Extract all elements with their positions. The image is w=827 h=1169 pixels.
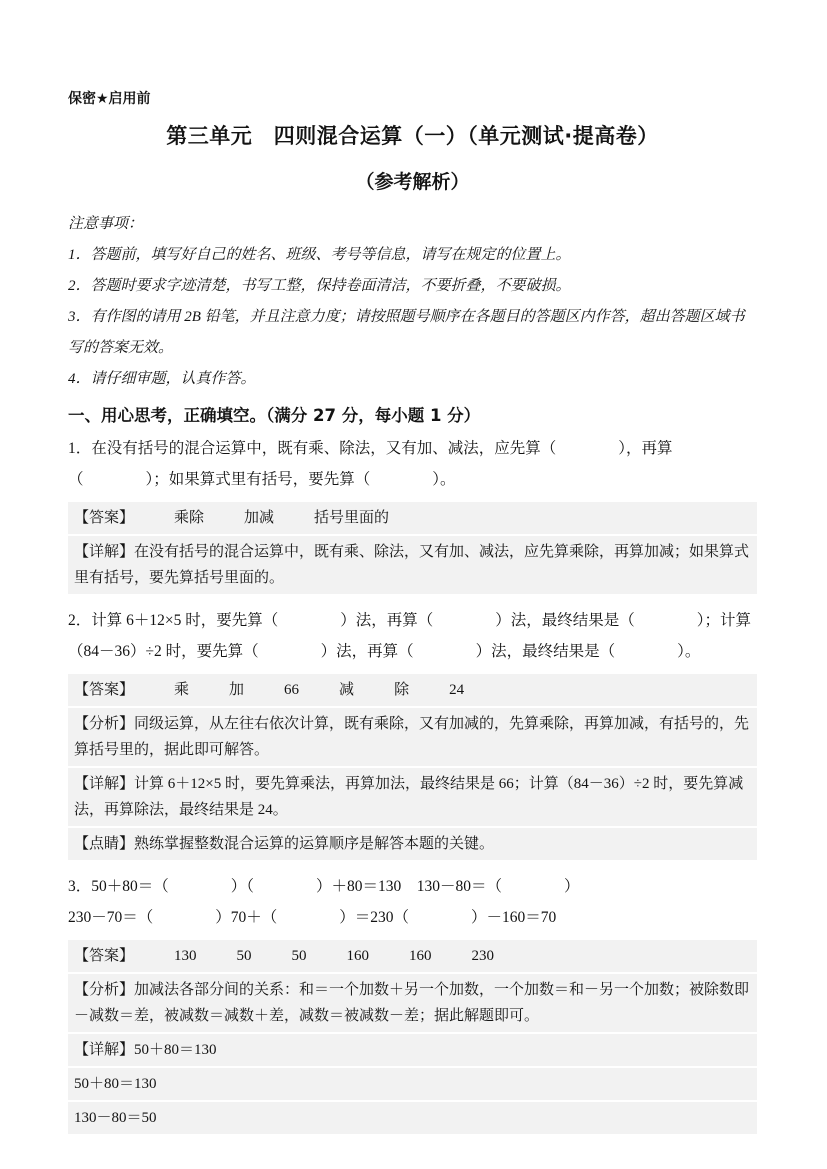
notice-item-2: 2．答题时要求字迹清楚，书写工整，保持卷面清洁，不要折叠，不要破损。 [68,271,757,302]
answer-value: 除 [394,677,409,703]
detail-text: 50＋80＝130 [134,1042,217,1058]
notice-item-3: 3．有作图的请用 2B 铅笔，并且注意力度；请按照题号顺序在各题目的答题区内作答… [68,302,757,364]
answer-label: 【答案】 [74,505,134,531]
point-text: 熟练掌握整数混合运算的运算顺序是解答本题的关键。 [134,836,494,852]
question-3-stem: 3．50＋80＝（ ）（ ）＋80＝130 130－80＝（ ） 230－70＝… [68,871,757,933]
q3-work-line-2: 130－80＝50 [68,1102,757,1134]
q2-point-paragraph: 【点睛】熟练掌握整数混合运算的运算顺序是解答本题的关键。 [68,828,757,860]
analysis-label: 【分析】 [74,711,134,737]
spacer [68,596,757,600]
answer-value: 括号里面的 [314,505,389,531]
answer-value: 160 [409,943,432,969]
question-2-stem: 2．计算 6＋12×5 时，要先算（ ）法，再算（ ）法，最终结果是（ ）；计算… [68,605,757,667]
question-1-stem: 1．在没有括号的混合运算中，既有乘、除法，又有加、减法，应先算（ ），再算（ ）… [68,433,757,495]
answer-value: 160 [347,943,370,969]
answer-value: 加 [229,677,244,703]
section-1-heading: 一、用心思考，正确填空。（满分 27 分，每小题 1 分） [68,404,757,428]
notices-section: 注意事项： 1．答题前，填写好自己的姓名、班级、考号等信息，请写在规定的位置上。… [68,209,757,395]
answer-value: 66 [284,677,299,703]
q1-answer-row: 【答案】乘除加减括号里面的 [68,502,757,534]
point-label: 【点睛】 [74,831,134,857]
detail-label: 【详解】 [74,539,134,565]
q2-detail-paragraph: 【详解】计算 6＋12×5 时，要先算乘法，再算加法，最终结果是 66；计算（8… [68,768,757,826]
q3-work-line-1: 50＋80＝130 [68,1068,757,1100]
answer-label: 【答案】 [74,677,134,703]
q3-analysis-paragraph: 【分析】加减法各部分间的关系：和＝一个加数＋另一个加数，一个加数＝和－另一个加数… [68,974,757,1032]
answer-value: 24 [449,677,464,703]
question-3-stem-line-1: 3．50＋80＝（ ）（ ）＋80＝130 130－80＝（ ） [68,871,757,902]
detail-label: 【详解】 [74,1037,134,1063]
notice-item-1: 1．答题前，填写好自己的姓名、班级、考号等信息，请写在规定的位置上。 [68,240,757,271]
analysis-label: 【分析】 [74,977,134,1003]
security-label: 保密★启用前 [68,90,757,108]
notices-heading: 注意事项： [68,209,757,240]
analysis-text: 同级运算，从左往右依次计算，既有乘除，又有加减的，先算乘除，再算加减，有括号的，… [74,716,749,758]
detail-text: 计算 6＋12×5 时，要先算乘法，再算加法，最终结果是 66；计算（84－36… [74,776,743,818]
detail-text: 在没有括号的混合运算中，既有乘、除法，又有加、减法，应先算乘除，再算加减；如果算… [74,544,749,586]
q2-analysis-paragraph: 【分析】同级运算，从左往右依次计算，既有乘除，又有加减的，先算乘除，再算加减，有… [68,708,757,766]
page-title: 第三单元 四则混合运算（一）（单元测试·提高卷） [68,122,757,150]
answer-label: 【答案】 [74,943,134,969]
spacer [68,862,757,866]
answer-value: 乘 [174,677,189,703]
notice-item-4: 4．请仔细审题，认真作答。 [68,364,757,395]
q1-detail-paragraph: 【详解】在没有括号的混合运算中，既有乘、除法，又有加、减法，应先算乘除，再算加减… [68,536,757,594]
exam-document-page: 保密★启用前 第三单元 四则混合运算（一）（单元测试·提高卷） （参考解析） 注… [0,0,827,1169]
answer-value: 50 [237,943,252,969]
q3-detail-paragraph: 【详解】50＋80＝130 [68,1034,757,1066]
q2-answer-row: 【答案】乘加66减除24 [68,674,757,706]
answer-value: 减 [339,677,354,703]
answer-value: 乘除 [174,505,204,531]
detail-label: 【详解】 [74,771,134,797]
q3-answer-row: 【答案】1305050160160230 [68,940,757,972]
answer-value: 130 [174,943,197,969]
answer-value: 加减 [244,505,274,531]
answer-value: 230 [472,943,495,969]
analysis-text: 加减法各部分间的关系：和＝一个加数＋另一个加数，一个加数＝和－另一个加数；被除数… [74,982,749,1024]
page-subtitle: （参考解析） [68,170,757,195]
question-3-stem-line-2: 230－70＝（ ）70＋（ ）＝230（ ）－160＝70 [68,902,757,933]
answer-value: 50 [292,943,307,969]
